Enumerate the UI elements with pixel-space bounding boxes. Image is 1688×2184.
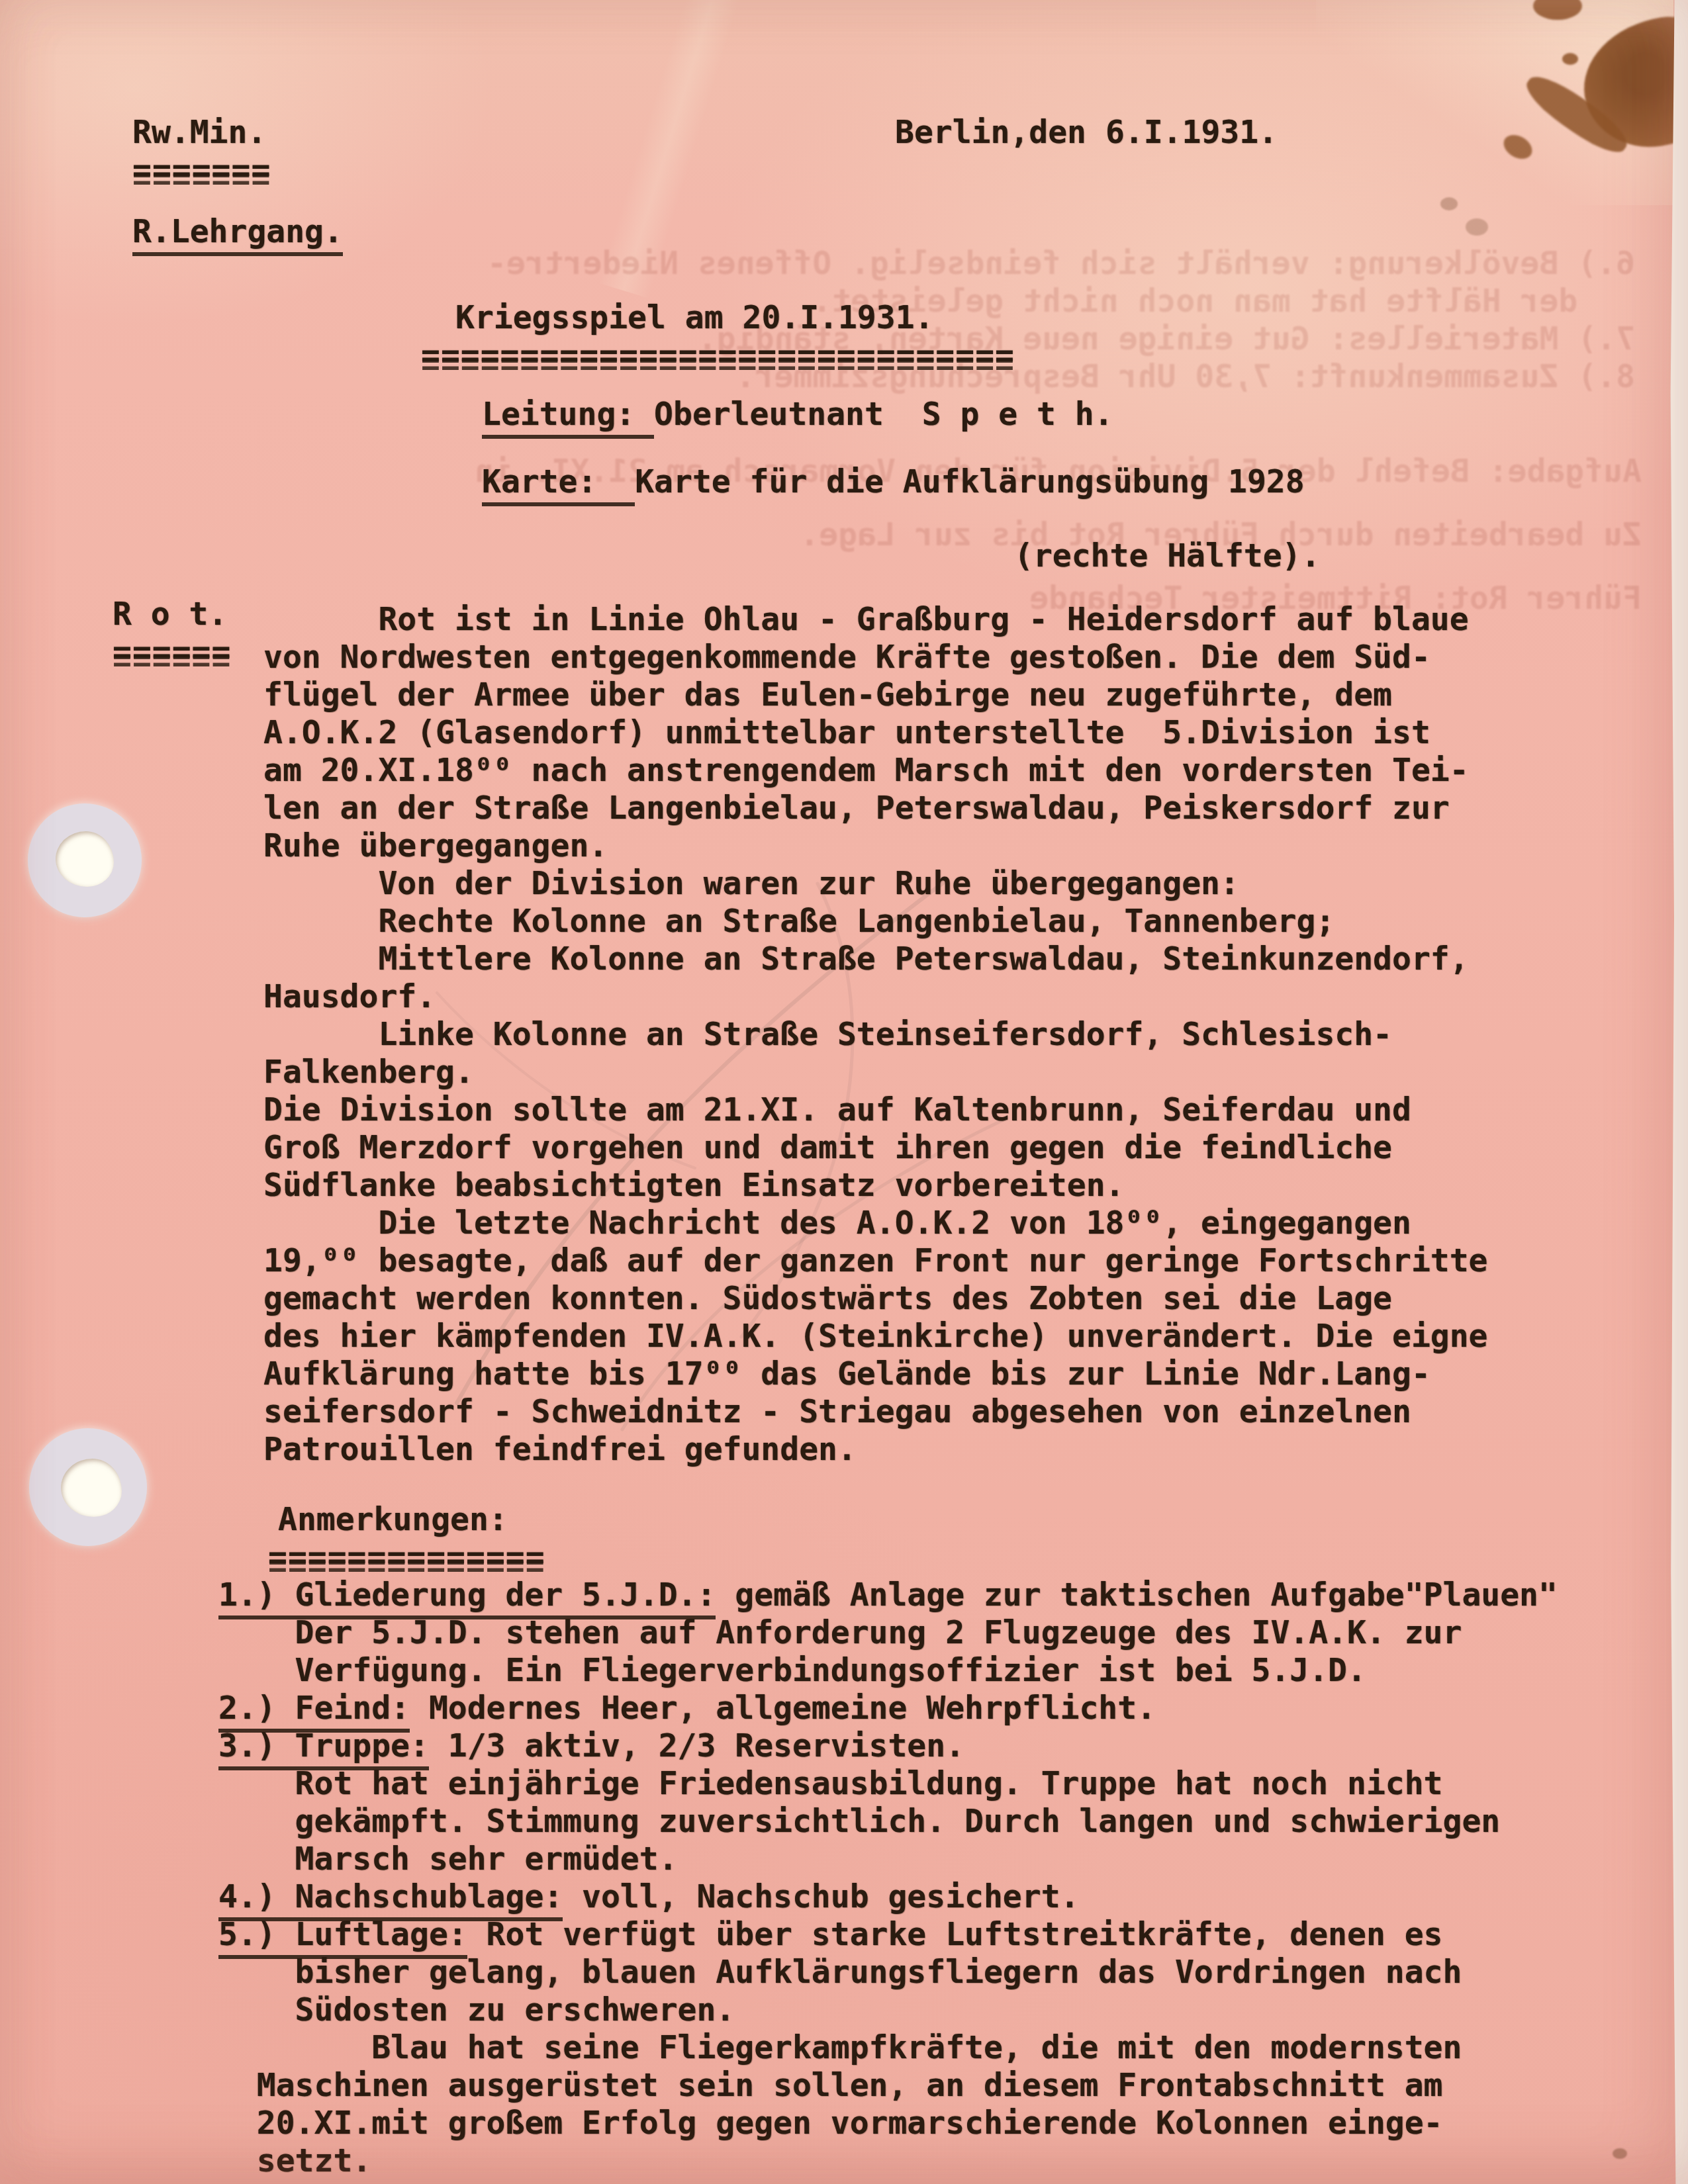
typed-line: Ruhe übergegangen. <box>263 827 1488 865</box>
karte-line: Karte: Karte für die Aufklärungsübung 19… <box>482 463 1305 501</box>
scanned-document-page: 6.) Bevölkerung: verhält sich feindselig… <box>0 0 1688 2184</box>
typed-line: Rot hat einjährige Friedensausbildung. T… <box>218 1765 1558 1803</box>
typed-line: Groß Merzdorf vorgehen und damit ihren g… <box>263 1129 1488 1167</box>
item-text: Rot verfügt über starke Luftstreitkräfte… <box>467 1916 1443 1953</box>
stain-speck <box>1466 218 1488 236</box>
typed-line: Falkenberg. <box>263 1054 1488 1091</box>
typed-line: bisher gelang, blauen Aufklärungsflieger… <box>218 1954 1558 1991</box>
typed-line: am 20.XI.18⁰⁰ nach anstrengendem Marsch … <box>263 752 1488 790</box>
rot-rule: ====== <box>113 633 231 671</box>
typed-line: Aufklärung hatte bis 17⁰⁰ das Gelände bi… <box>263 1355 1488 1393</box>
doc-title: Kriegsspiel am 20.I.1931. <box>455 299 1015 337</box>
leitung-label: Leitung: <box>482 396 654 439</box>
typed-line: Die letzte Nachricht des A.O.K.2 von 18⁰… <box>263 1205 1488 1242</box>
title-block: Kriegsspiel am 20.I.1931. ==============… <box>455 299 1015 375</box>
item-line: 3.) Truppe: 1/3 aktiv, 2/3 Reservisten. <box>218 1727 1558 1765</box>
typed-line: Von der Division waren zur Ruhe übergega… <box>263 865 1488 903</box>
anmerkung-item-1: 1.) Gliederung der 5.J.D.: gemäß Anlage … <box>218 1576 1558 1690</box>
item-text: gemäß Anlage zur taktischen Aufgabe"Plau… <box>716 1576 1558 1614</box>
karte-note: (rechte Hälfte). <box>1014 537 1320 575</box>
typed-line: 19,⁰⁰ besagte, daß auf der ganzen Front … <box>263 1242 1488 1280</box>
hole-opening <box>56 831 114 887</box>
typed-line: Der 5.J.D. stehen auf Anforderung 2 Flug… <box>218 1614 1558 1652</box>
ink-stain-dot <box>1562 53 1578 65</box>
typed-line: flügel der Armee über das Eulen-Gebirge … <box>263 676 1488 714</box>
anmerkung-item-2: 2.) Feind: Modernes Heer, allgemeine Weh… <box>218 1690 1558 1727</box>
typed-line: Rot ist in Linie Ohlau - Graßburg - Heid… <box>263 601 1488 639</box>
typed-line: Südosten zu erschweren. <box>218 1991 1558 2029</box>
item-label: 1.) Gliederung der 5.J.D.: <box>218 1576 716 1619</box>
item-line: 4.) Nachschublage: voll, Nachschub gesic… <box>218 1878 1558 1916</box>
typed-line: seifersdorf - Schweidnitz - Striegau abg… <box>263 1393 1488 1431</box>
typed-line: Patrouillen feindfrei gefunden. <box>263 1431 1488 1469</box>
item-continuation: Der 5.J.D. stehen auf Anforderung 2 Flug… <box>218 1614 1558 1690</box>
typed-line: A.O.K.2 (Glasendorf) unmittelbar unterst… <box>263 714 1488 752</box>
typed-line: 20.XI.mit großem Erfolg gegen vormarschi… <box>218 2105 1558 2142</box>
ministry-abbrev: Rw.Min. <box>132 114 271 152</box>
item-line: 2.) Feind: Modernes Heer, allgemeine Weh… <box>218 1690 1558 1727</box>
anmerkungen-heading: Anmerkungen: <box>278 1501 545 1539</box>
letterhead-org-block: Rw.Min. ======= <box>132 114 271 189</box>
typed-line: Verfügung. Ein Fliegerverbindungsoffizie… <box>218 1652 1558 1690</box>
item-text: 1/3 aktiv, 2/3 Reservisten. <box>429 1727 964 1764</box>
typed-line: len an der Straße Langenbielau, Peterswa… <box>263 790 1488 827</box>
typed-line: Die Division sollte am 21.XI. auf Kalten… <box>263 1091 1488 1129</box>
anmerkung-item-3: 3.) Truppe: 1/3 aktiv, 2/3 Reservisten. … <box>218 1727 1558 1878</box>
title-rule: ============================== <box>421 337 1015 375</box>
typed-line: Rechte Kolonne an Straße Langenbielau, T… <box>263 903 1488 940</box>
item-label: 4.) Nachschublage: <box>218 1878 563 1921</box>
leitung-value: Oberleutnant S p e t h. <box>654 396 1113 433</box>
anmerkung-item-4: 4.) Nachschublage: voll, Nachschub gesic… <box>218 1878 1558 1916</box>
typed-line: Südflanke beabsichtigten Einsatz vorbere… <box>263 1167 1488 1205</box>
typed-line: Hausdorf. <box>263 978 1488 1016</box>
item-continuation: Rot hat einjährige Friedensausbildung. T… <box>218 1765 1558 1878</box>
typed-line: Mittlere Kolonne an Straße Peterswaldau,… <box>263 940 1488 978</box>
anmerkung-item-5: 5.) Luftlage: Rot verfügt über starke Lu… <box>218 1916 1558 2180</box>
item-label: 2.) Feind: <box>218 1690 410 1733</box>
typed-line: gekämpft. Stimmung zuversichtlich. Durch… <box>218 1803 1558 1841</box>
item-text: voll, Nachschub gesichert. <box>563 1878 1079 1915</box>
anmerkungen-list: 1.) Gliederung der 5.J.D.: gemäß Anlage … <box>218 1576 1558 2180</box>
rot-label: R o t. <box>113 596 231 633</box>
anmerkungen-heading-block: Anmerkungen: ============== <box>278 1501 545 1576</box>
item-continuation: bisher gelang, blauen Aufklärungsflieger… <box>218 1954 1558 2180</box>
item-label: 5.) Luftlage: <box>218 1916 467 1959</box>
typed-line: von Nordwesten entgegenkommende Kräfte g… <box>263 639 1488 676</box>
item-line: 5.) Luftlage: Rot verfügt über starke Lu… <box>218 1916 1558 1954</box>
typed-line: Linke Kolonne an Straße Steinseifersdorf… <box>263 1016 1488 1054</box>
typed-line: gemacht werden konnten. Südostwärts des … <box>263 1280 1488 1318</box>
ministry-rule: ======= <box>132 152 271 189</box>
item-label: 3.) Truppe: <box>218 1727 429 1770</box>
stain-speck <box>1613 2148 1627 2159</box>
karte-value: Karte für die Aufklärungsübung 1928 <box>635 463 1304 500</box>
leitung-line: Leitung: Oberleutnant S p e t h. <box>482 396 1113 433</box>
situation-body: Rot ist in Linie Ohlau - Graßburg - Heid… <box>263 601 1488 1469</box>
dateline: Berlin,den 6.I.1931. <box>895 114 1278 152</box>
stain-speck <box>1440 197 1458 210</box>
typed-line: des hier kämpfenden IV.A.K. (Steinkirche… <box>263 1318 1488 1355</box>
karte-label: Karte: <box>482 463 635 506</box>
course-label: R.Lehrgang. <box>132 213 343 256</box>
course-line: R.Lehrgang. <box>132 213 343 251</box>
rot-label-block: R o t. ====== <box>113 596 231 671</box>
item-text: Modernes Heer, allgemeine Wehrpflicht. <box>410 1690 1156 1727</box>
typed-line: Marsch sehr ermüdet. <box>218 1841 1558 1878</box>
typed-line: Maschinen ausgerüstet sein sollen, an di… <box>218 2067 1558 2105</box>
hole-opening <box>61 1459 122 1517</box>
anmerkungen-rule: ============== <box>268 1539 545 1576</box>
item-line: 1.) Gliederung der 5.J.D.: gemäß Anlage … <box>218 1576 1558 1614</box>
typed-line: Blau hat seine Fliegerkampfkräfte, die m… <box>218 2029 1558 2067</box>
typed-line: setzt. <box>218 2142 1558 2180</box>
